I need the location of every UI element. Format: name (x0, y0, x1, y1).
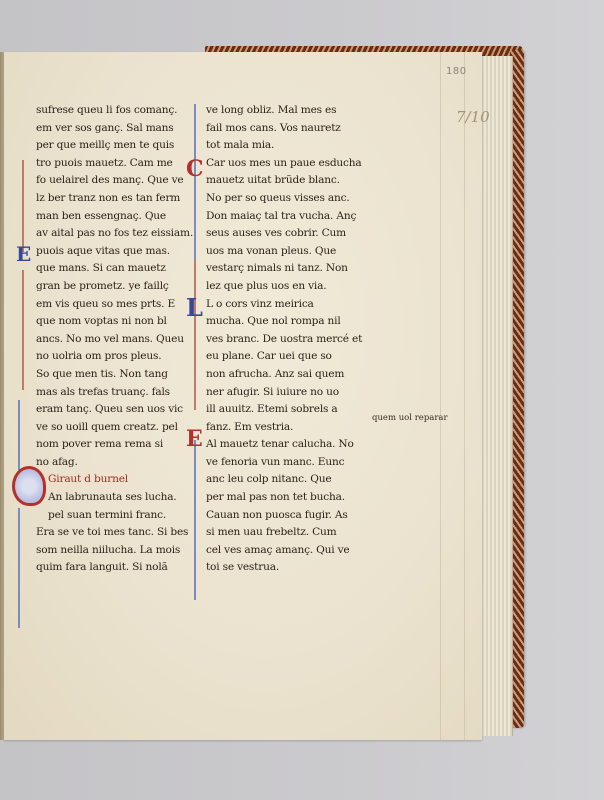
text-line: cel ves amaç amanç. Qui ve (206, 542, 362, 560)
text-line: fanz. Em vestria. (206, 419, 362, 437)
ruling-line (464, 52, 465, 740)
text-line: lez que plus uos en via. (206, 278, 362, 296)
text-line: An labrunauta ses lucha. (36, 489, 193, 507)
text-line: gran be prometz. ye faillç (36, 278, 193, 296)
text-line: seus auses ves cobrir. Cum (206, 225, 362, 243)
margin-gloss: quem uol reparar (372, 413, 448, 423)
rubric-author-heading: Giraut d burnel (36, 471, 193, 489)
text-line: Era se ve toi mes tanc. Si bes (36, 524, 193, 542)
text-column-b: ve long obliz. Mal mes es fail mos cans.… (206, 102, 362, 577)
text-line: ill auuitz. Etemi sobrels a (206, 401, 362, 419)
text-line: uos ma vonan pleus. Que (206, 243, 362, 261)
text-line: tot mala mia. (206, 137, 362, 155)
pen-flourish-left (22, 270, 24, 390)
text-line: puois aque vitas que mas. (36, 243, 193, 261)
text-line: ve so uoill quem creatz. pel (36, 419, 193, 437)
text-line: Cauan non puosca fugir. As (206, 507, 362, 525)
folio-number: 180 (446, 66, 467, 77)
text-line: non afrucha. Anz sai quem (206, 366, 362, 384)
text-line: ves branc. De uostra mercé et (206, 331, 362, 349)
pen-flourish-left (18, 400, 20, 470)
text-line: no uolria om pros pleus. (36, 348, 193, 366)
text-line: mucha. Que nol rompa nil (206, 313, 362, 331)
text-line: toi se vestrua. (206, 559, 362, 577)
text-line: fail mos cans. Vos nauretz (206, 120, 362, 138)
text-line: No per so queus visses anc. (206, 190, 362, 208)
shelfmark-note: 7/10 (456, 108, 490, 126)
text-line: av aital pas no fos tez eissiam. (36, 225, 193, 243)
text-line: quim fara languit. Si nolã (36, 559, 193, 577)
ruling-line (440, 52, 441, 740)
pen-flourish-left (18, 508, 20, 628)
text-line: lz ber tranz non es tan ferm (36, 190, 193, 208)
text-line: per mal pas non tet bucha. (206, 489, 362, 507)
pen-flourish-left (22, 160, 24, 252)
text-line: em vis queu so mes prts. E (36, 296, 193, 314)
text-line: que nom voptas ni non bl (36, 313, 193, 331)
text-line: pel suan termini franc. (36, 507, 193, 525)
text-line: anc leu colp nitanc. Que (206, 471, 362, 489)
text-line: per que meillç men te quis (36, 137, 193, 155)
text-line: si men uau frebeltz. Cum (206, 524, 362, 542)
text-line: som neilla niilucha. La mois (36, 542, 193, 560)
text-line: ve long obliz. Mal mes es (206, 102, 362, 120)
pen-flourish-middle (194, 260, 196, 410)
text-line: L o cors vinz meirica (206, 296, 362, 314)
pen-flourish-middle (194, 104, 196, 272)
pen-flourish-middle (194, 440, 196, 600)
text-line: mas als trefas truanç. fals (36, 384, 193, 402)
text-column-a: sufrese queu li fos comanç. em ver sos g… (36, 102, 193, 577)
text-line: man ben essengnaç. Que (36, 208, 193, 226)
text-line: ve fenoria vun manc. Eunc (206, 454, 362, 472)
text-line: mauetz uitat brũde blanc. (206, 172, 362, 190)
text-line: em ver sos ganç. Sal mans (36, 120, 193, 138)
text-line: Car uos mes un paue esducha (206, 155, 362, 173)
text-line: que mans. Si can mauetz (36, 260, 193, 278)
text-line: Don maiaç tal tra vucha. Anç (206, 208, 362, 226)
text-line: So que men tis. Non tang (36, 366, 193, 384)
text-line: nom pover rema rema si (36, 436, 193, 454)
text-line: eu plane. Car uei que so (206, 348, 362, 366)
text-line: eram tanç. Queu sen uos vic (36, 401, 193, 419)
text-line: Al mauetz tenar calucha. No (206, 436, 362, 454)
text-line: ancs. No mo vel mans. Queu (36, 331, 193, 349)
text-line: tro puois mauetz. Cam me (36, 155, 193, 173)
initial-e-blue: E (16, 244, 31, 264)
text-line: sufrese queu li fos comanç. (36, 102, 193, 120)
text-line: no afag. (36, 454, 193, 472)
text-line: fo uelairel des manç. Que ve (36, 172, 193, 190)
text-line: vestarç nimals ni tanz. Non (206, 260, 362, 278)
text-line: ner afugir. Si iuiure no uo (206, 384, 362, 402)
